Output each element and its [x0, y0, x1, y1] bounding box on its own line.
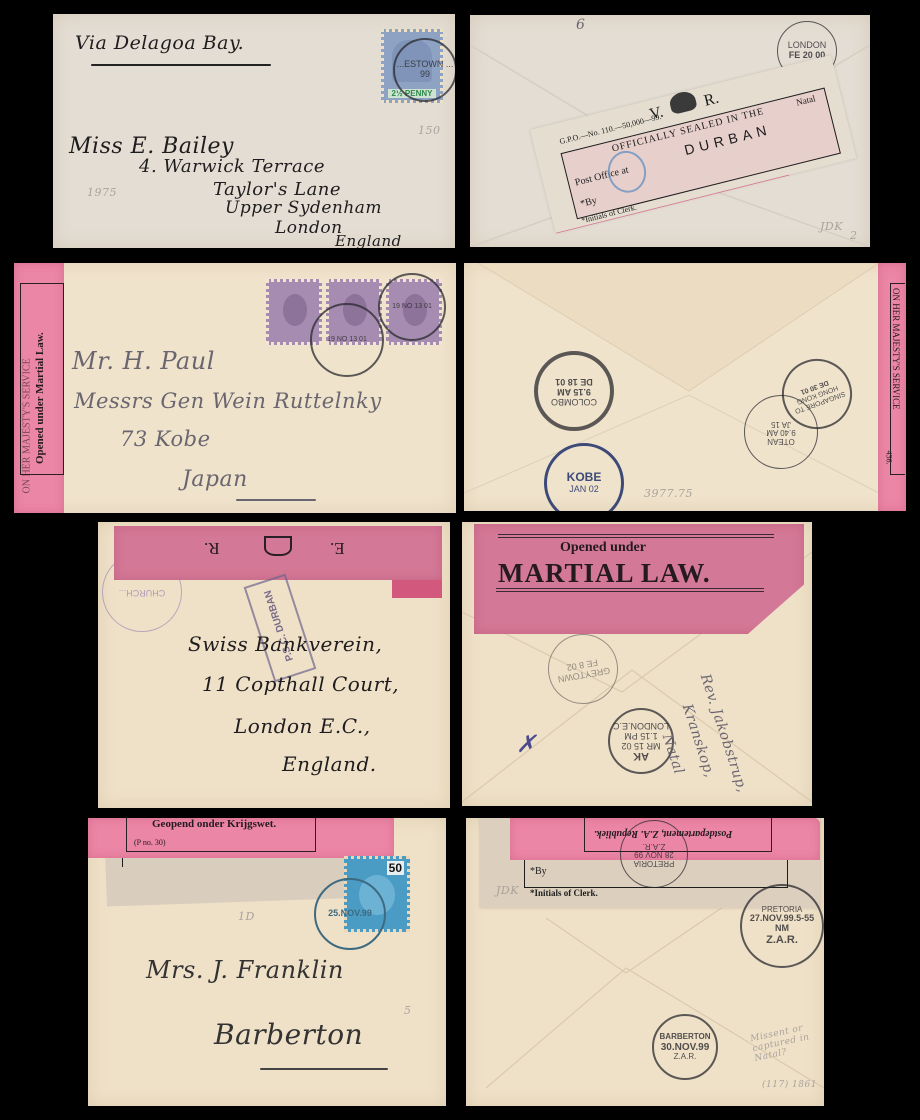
- cachet-psc-durban: P.S.C. DURBAN: [244, 574, 317, 683]
- postmark-pretoria: PRETORIA 27.NOV.99.5-55 NM Z.A.R.: [740, 884, 824, 968]
- address-line-1: Mrs. J. Franklin: [146, 956, 344, 984]
- queen-head-icon: [283, 294, 307, 326]
- cover-1-front: Via Delagoa Bay. 2½ PENNY ...ESTOWN ... …: [53, 14, 455, 248]
- pencil-note: Missent or captured in Natal?: [750, 1022, 815, 1064]
- address-line-6: England: [335, 232, 402, 248]
- address-line-4: Japan: [182, 467, 248, 492]
- censor-strip-vertical: ON HER MAJESTY'S SERVICE Opened under Ma…: [14, 263, 64, 513]
- by-label: *By: [530, 866, 547, 877]
- censor-strip-horizontal: Opened under MARTIAL LAW.: [474, 524, 804, 634]
- pencil-note: 1D: [238, 910, 255, 923]
- cover-1-back: 6 LONDON FE 20 00 G.P.O.—No. 110.—50,000…: [470, 15, 870, 247]
- address-line-4: England.: [282, 752, 377, 776]
- cachet-text: P.S.C. DURBAN: [259, 576, 300, 675]
- form-number: 436.: [885, 451, 894, 465]
- address-line-2: Barberton: [214, 1018, 363, 1051]
- address-line-3: Taylor's Lane: [213, 179, 341, 200]
- routing-underline: [91, 64, 271, 66]
- cover-2-front: ON HER MAJESTY'S SERVICE Opened under Ma…: [14, 263, 456, 513]
- address-line-1: Mr. H. Paul: [72, 347, 215, 375]
- postmark-origin: ...ESTOWN ... 99: [393, 38, 455, 102]
- address-underline: [260, 1068, 388, 1070]
- cover-4-front: Geopend onder Krijgswet. (P no. 30) 50 2…: [88, 818, 446, 1106]
- address-line-2: 4. Warwick Terrace: [139, 156, 325, 177]
- address-line-2: 11 Copthall Court,: [202, 672, 399, 696]
- address-line-3: 73 Kobe: [120, 427, 211, 451]
- pencil-note: 1975: [87, 186, 117, 199]
- censor-text: ON HER MAJESTY'S SERVICE: [891, 288, 901, 428]
- postmark-greytown: GREYTOWN FE 8 02: [542, 628, 623, 709]
- pencil-note: 6: [576, 17, 585, 33]
- royal-arms-icon: [668, 89, 698, 115]
- postmark-barberton: BARBERTON 30.NOV.99 Z.A.R.: [652, 1014, 718, 1080]
- pencil-note: 2: [850, 229, 858, 242]
- postmark-kobe: KOBE JAN 02: [544, 443, 624, 511]
- address-line-4: Upper Sydenham: [225, 198, 382, 218]
- censor-strip-vertical: ON HER MAJESTY'S SERVICE 436.: [878, 263, 906, 511]
- label-footnote: *Initials of Clerk.: [530, 888, 598, 898]
- cover-3-front: CHURCH... E. R. P.S.C. DURBAN Swiss Bank…: [98, 522, 450, 808]
- censor-line-1: Opened under: [560, 540, 646, 556]
- postmark-otean: OTEAN 9.40 AM JA 15: [744, 395, 818, 469]
- label-cipher-v: V.: [648, 104, 665, 125]
- cover-2-back: COLOMBO 9.15 AM DE 18 01 SINGAPORE TO HO…: [464, 263, 906, 511]
- crown-icon: [264, 536, 292, 556]
- cover-3-back: Opened under MARTIAL LAW. GREYTOWN FE 8 …: [462, 522, 812, 806]
- pencil-note: 3977.75: [644, 487, 693, 500]
- censor-cipher-e: E.: [330, 538, 345, 558]
- censor-line-2: (P no. 30): [134, 838, 165, 847]
- officially-sealed-label: G.P.O.—No. 110.—50,000—99. V. R. OFFICIA…: [530, 55, 856, 233]
- rule-bottom: [496, 588, 764, 592]
- pencil-note: 5: [404, 1004, 412, 1017]
- cover-4-back: *By *Initials of Clerk. JDK Postdepartem…: [466, 818, 824, 1106]
- address-line-2: Messrs Gen Wein Ruttelnky: [74, 389, 382, 413]
- censor-cipher-r: R.: [204, 538, 220, 558]
- postmark-field-post-office: 19 NO 13 01: [310, 303, 384, 377]
- postmark-colombo: COLOMBO 9.15 AM DE 18 01: [534, 351, 614, 431]
- address-underline: [236, 499, 316, 501]
- pencil-note: (117) 1861: [762, 1080, 817, 1090]
- label-cipher-r: R.: [702, 90, 721, 111]
- pencil-note: JDK: [820, 220, 843, 233]
- rule-top: [498, 534, 774, 538]
- address-line-3: London E.C.,: [234, 714, 371, 738]
- by-label: *By: [579, 195, 598, 210]
- censor-strip-horizontal: E. R.: [114, 526, 442, 580]
- postmark-pretoria-zar: PRETORIA 28 NOV 99 Z.A.R.: [620, 820, 688, 888]
- blue-initials: [603, 147, 650, 197]
- censor-line-2: MARTIAL LAW.: [498, 558, 711, 589]
- label-box: OFFICIALLY SEALED IN THE Natal Post Offi…: [561, 87, 841, 219]
- blue-cross-mark: ✗: [516, 730, 537, 758]
- address-line-1: Swiss Bankverein,: [188, 632, 382, 656]
- postmark-lourenco-marques: 25.NOV.99: [314, 878, 386, 950]
- address-line-5: London: [275, 218, 343, 238]
- stamp-one-penny: [392, 580, 442, 598]
- pencil-note: JDK: [496, 884, 519, 897]
- routing-note: Via Delagoa Bay.: [75, 32, 244, 54]
- censor-text-2: Opened under Martial Law.: [34, 304, 46, 464]
- postmark-field-post-office: 19 NO 13 01: [378, 273, 446, 341]
- censor-strip-horizontal: Geopend onder Krijgswet. (P no. 30): [88, 818, 394, 858]
- censor-text-1: ON HER MAJESTY'S SERVICE: [22, 344, 33, 494]
- colony-name: Natal: [795, 93, 816, 107]
- censor-line-1: Geopend onder Krijgswet.: [152, 818, 276, 830]
- pencil-note: 150: [418, 124, 441, 137]
- stamp-value: 50: [387, 861, 404, 875]
